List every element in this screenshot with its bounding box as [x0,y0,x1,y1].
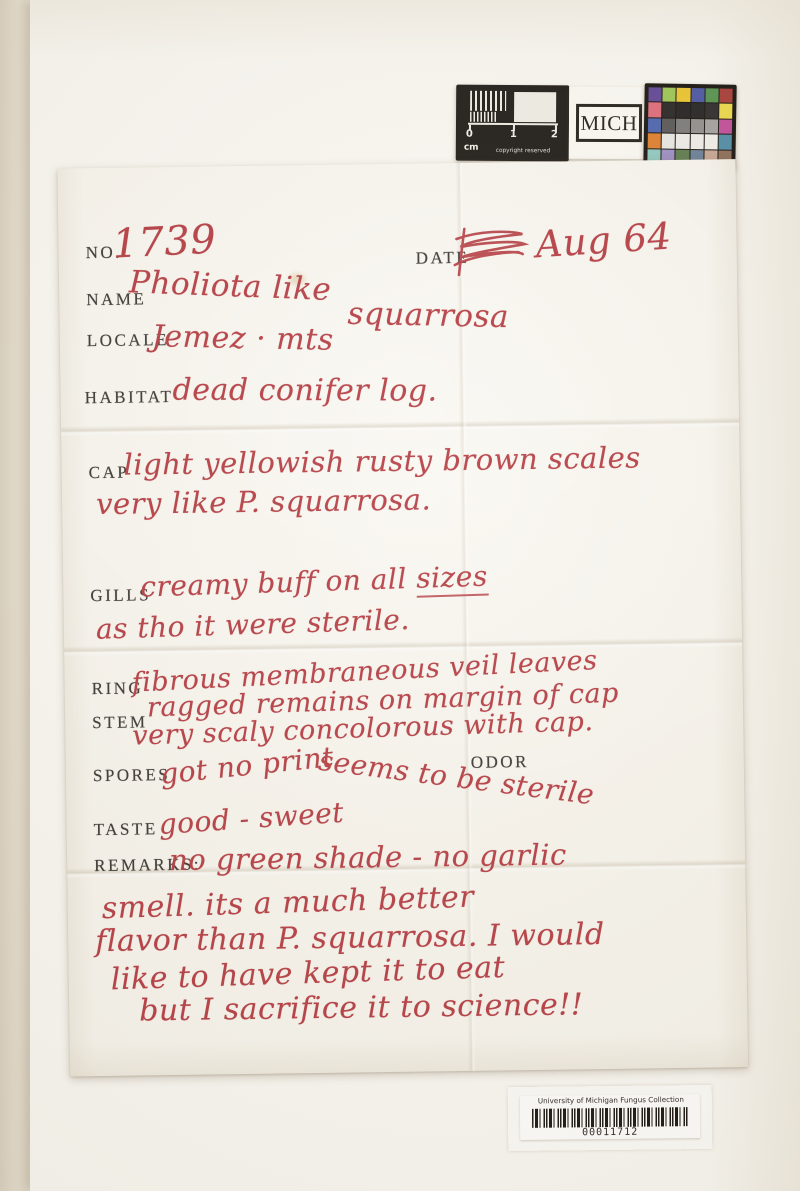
field-label-habitat: HABITAT [85,387,174,408]
color-chip [704,134,717,149]
resolution-stripes-fine [470,112,496,122]
ruler-unit: cm [464,143,479,153]
color-chip [690,134,703,149]
date-scribble [448,224,533,281]
hw-gills-line1: creamy buff on all sizes [140,560,488,604]
hw-gills-line2: as tho it were sterile. [95,603,410,646]
color-chip [691,103,704,118]
color-checker-grid [647,87,732,164]
hw-collection-number: 1739 [111,217,217,268]
resolution-stripes [470,91,506,111]
barcode-title: University of Michigan Fungus Collection [538,1096,682,1106]
hw-spores-note: seems to be sterile [317,744,596,811]
color-chip [705,119,718,134]
color-chip [705,88,718,103]
color-chip [648,118,661,133]
specimen-note: NO. DATE NAME LOCALE HABITAT CAP GILLS R… [57,159,748,1076]
color-chip [719,119,732,134]
hw-habitat: dead conifer log. [173,373,438,409]
hw-locale: Jemez · mts [151,319,333,358]
field-label-taste: TASTE [94,819,158,840]
color-checker [643,83,736,169]
scale-bar: 0 1 2 cm copyright reserved [456,85,570,162]
color-chip [648,133,661,148]
color-chip [690,119,703,134]
hw-remarks-line5: but I sacrifice it to science!! [139,987,584,1028]
calibration-strip: 0 1 2 cm copyright reserved MICH [452,76,742,172]
hw-name-line1: Pholiota like [128,264,331,308]
hw-gills-underlined: sizes [416,560,489,598]
hw-remarks-line3: flavor than P. squarrosa. I would [95,917,605,959]
barcode-label: University of Michigan Fungus Collection… [520,1094,700,1140]
ruler-number: 2 [551,129,558,140]
hw-name-line2: squarrosa [347,296,509,335]
color-chip [663,88,676,103]
clear-tape: University of Michigan Fungus Collection… [508,1085,713,1151]
color-chip [662,103,675,118]
hw-cap-line2: very like P. squarrosa. [96,482,432,521]
hw-remarks-line1: no green shade - no garlic [169,838,567,878]
ruler-number: 0 [466,129,473,140]
color-chip [719,104,732,119]
color-chip [676,134,689,149]
color-chip [662,118,675,133]
color-chip [676,119,689,134]
color-chip [677,88,690,103]
hw-cap-line1: light yellowish rusty brown scales [123,440,641,481]
barcode [532,1107,688,1128]
mich-stamp-card: MICH [569,87,645,159]
color-chip [662,134,675,149]
color-chip [705,104,718,119]
color-chip [718,135,731,150]
color-chip [719,89,732,104]
color-chip [676,103,689,118]
hw-taste: good - sweet [158,796,345,841]
paper-crease [61,417,739,436]
color-chip [691,88,704,103]
ruler-number: 1 [510,129,517,140]
color-chip [648,87,661,102]
barcode-number: 00011712 [520,1126,700,1139]
ruler-copyright: copyright reserved [496,147,550,154]
photograph: 0 1 2 cm copyright reserved MICH NO. DAT… [0,0,800,1191]
color-chip [648,103,661,118]
mich-stamp: MICH [576,104,642,142]
hw-date: Aug 64 [534,214,673,266]
scale-white-block [514,92,556,122]
